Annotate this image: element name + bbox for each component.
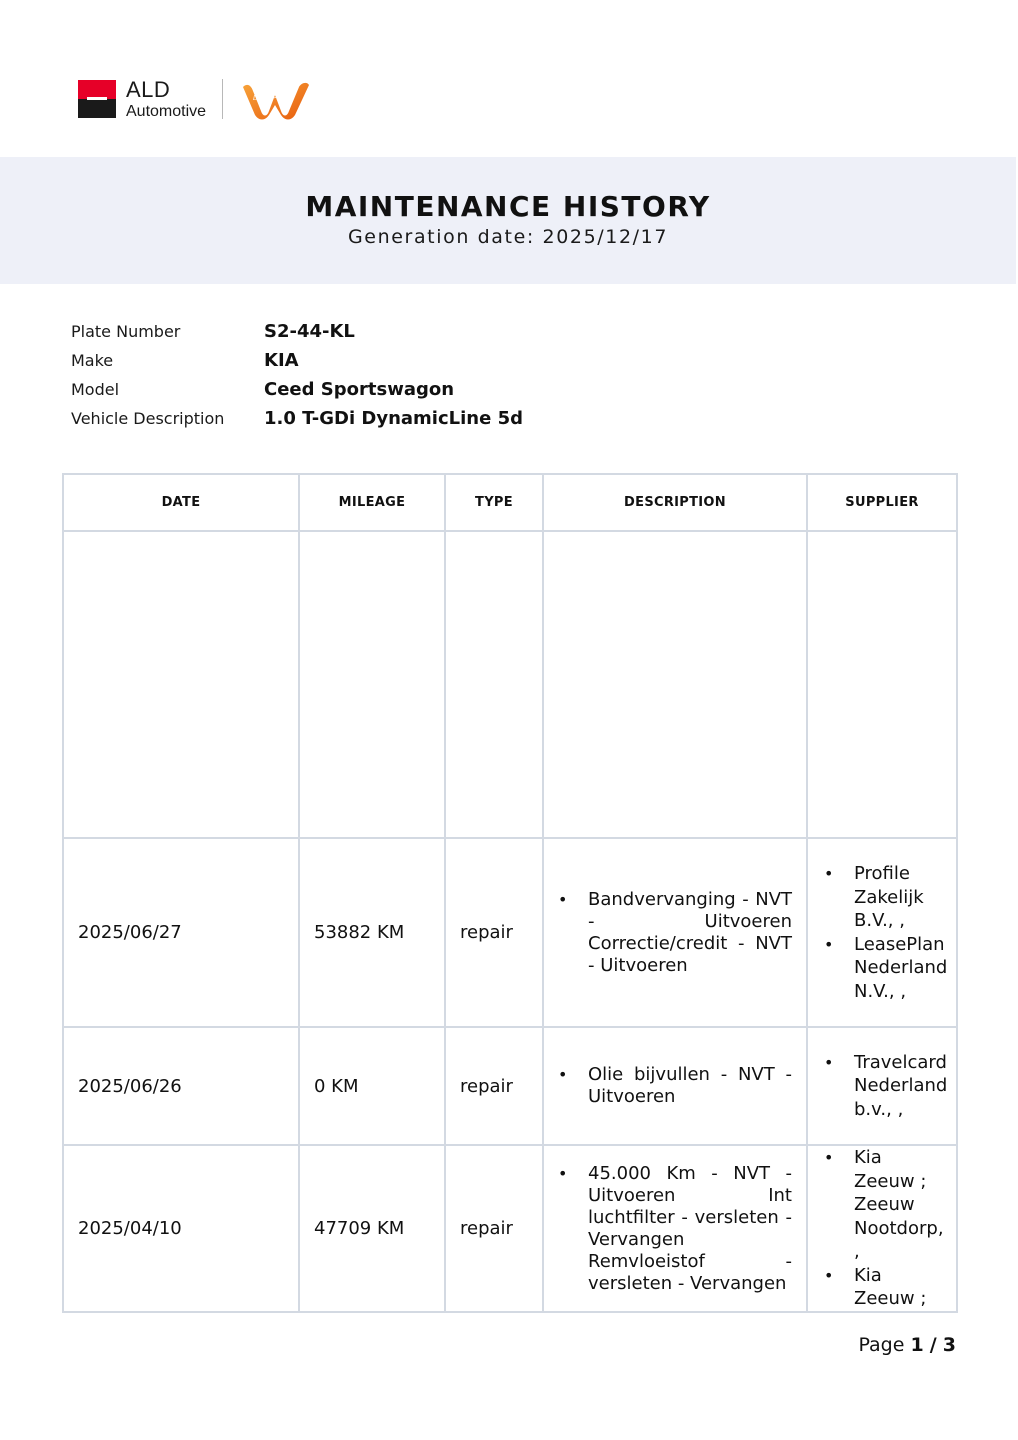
field-label: Plate Number xyxy=(71,322,264,341)
supplier-item: Profile Zakelijk B.V., , xyxy=(822,862,942,933)
empty-cell xyxy=(63,531,299,838)
empty-cell xyxy=(445,531,543,838)
cell-supplier: Travelcard Nederland b.v., , xyxy=(807,1027,957,1145)
page-indicator: Page 1 / 3 xyxy=(858,1334,956,1356)
table-row-empty xyxy=(63,531,957,838)
field-label: Model xyxy=(71,380,264,399)
logo-bar: ALD Automotive LeasePlan xyxy=(78,76,313,122)
ald-logo-line2: Automotive xyxy=(126,104,206,120)
column-header-description: DESCRIPTION xyxy=(543,474,807,531)
cell-description: 45.000 Km - NVT - Uitvoeren Int luchtfil… xyxy=(543,1145,807,1312)
description-item: 45.000 Km - NVT - Uitvoeren Int luchtfil… xyxy=(558,1163,792,1295)
field-label: Make xyxy=(71,351,264,370)
description-item: Olie bijvullen - NVT - Uitvoeren xyxy=(558,1064,792,1108)
empty-cell xyxy=(543,531,807,838)
description-list: Olie bijvullen - NVT - Uitvoeren xyxy=(558,1064,792,1108)
leaseplan-logo-icon: LeasePlan xyxy=(239,77,313,121)
supplier-item: Kia Zeeuw ; xyxy=(822,1264,942,1311)
page-title: MAINTENANCE HISTORY xyxy=(0,190,1016,223)
table-header-row: DATE MILEAGE TYPE DESCRIPTION SUPPLIER xyxy=(63,474,957,531)
cell-mileage: 0 KM xyxy=(299,1027,445,1145)
cell-mileage: 53882 KM xyxy=(299,838,445,1027)
leaseplan-logo-text: LeasePlan xyxy=(253,95,286,102)
empty-cell xyxy=(807,531,957,838)
supplier-item: Kia Zeeuw ; Zeeuw Nootdorp, , xyxy=(822,1146,942,1264)
cell-date: 2025/04/10 xyxy=(63,1145,299,1312)
column-header-type: TYPE xyxy=(445,474,543,531)
description-item: Bandvervanging - NVT - Uitvoeren Correct… xyxy=(558,889,792,977)
cell-type: repair xyxy=(445,1145,543,1312)
title-banner: MAINTENANCE HISTORY Generation date: 202… xyxy=(0,157,1016,284)
field-label: Vehicle Description xyxy=(71,409,264,428)
description-list: 45.000 Km - NVT - Uitvoeren Int luchtfil… xyxy=(558,1163,792,1295)
logo-divider xyxy=(222,79,223,119)
field-value: Ceed Sportswagon xyxy=(264,379,454,400)
cell-date: 2025/06/26 xyxy=(63,1027,299,1145)
field-value: KIA xyxy=(264,350,299,371)
cell-type: repair xyxy=(445,1027,543,1145)
vehicle-field-plate: Plate Number S2-44-KL xyxy=(71,317,523,346)
column-header-date: DATE xyxy=(63,474,299,531)
supplier-item: Travelcard Nederland b.v., , xyxy=(822,1051,942,1122)
cell-description: Olie bijvullen - NVT - Uitvoeren xyxy=(543,1027,807,1145)
total-pages: 3 xyxy=(943,1334,956,1356)
supplier-list: Kia Zeeuw ; Zeeuw Nootdorp, , Kia Zeeuw … xyxy=(822,1146,942,1311)
current-page: 1 xyxy=(910,1334,923,1356)
supplier-list: Travelcard Nederland b.v., , xyxy=(822,1051,942,1122)
cell-type: repair xyxy=(445,838,543,1027)
cell-mileage: 47709 KM xyxy=(299,1145,445,1312)
vehicle-field-description: Vehicle Description 1.0 T-GDi DynamicLin… xyxy=(71,404,523,433)
maintenance-table: DATE MILEAGE TYPE DESCRIPTION SUPPLIER 2… xyxy=(62,473,958,1313)
column-header-mileage: MILEAGE xyxy=(299,474,445,531)
vehicle-info: Plate Number S2-44-KL Make KIA Model Cee… xyxy=(71,317,523,433)
column-header-supplier: SUPPLIER xyxy=(807,474,957,531)
ald-logo-line1: ALD xyxy=(126,79,206,101)
cell-date: 2025/06/27 xyxy=(63,838,299,1027)
page-separator: / xyxy=(930,1334,937,1356)
cell-description: Bandvervanging - NVT - Uitvoeren Correct… xyxy=(543,838,807,1027)
page-label: Page xyxy=(858,1334,904,1356)
ald-logo-icon xyxy=(78,80,116,118)
description-list: Bandvervanging - NVT - Uitvoeren Correct… xyxy=(558,889,792,977)
supplier-list: Profile Zakelijk B.V., , LeasePlan Neder… xyxy=(822,862,942,1003)
ald-logo-text: ALD Automotive xyxy=(126,79,206,120)
field-value: 1.0 T-GDi DynamicLine 5d xyxy=(264,408,523,429)
cell-supplier: Kia Zeeuw ; Zeeuw Nootdorp, , Kia Zeeuw … xyxy=(807,1145,957,1312)
vehicle-field-model: Model Ceed Sportswagon xyxy=(71,375,523,404)
cell-supplier: Profile Zakelijk B.V., , LeasePlan Neder… xyxy=(807,838,957,1027)
empty-cell xyxy=(299,531,445,838)
table-row: 2025/06/27 53882 KM repair Bandvervangin… xyxy=(63,838,957,1027)
generation-date: Generation date: 2025/12/17 xyxy=(0,226,1016,248)
field-value: S2-44-KL xyxy=(264,321,355,342)
supplier-item: LeasePlan Nederland N.V., , xyxy=(822,933,942,1004)
table-row: 2025/06/26 0 KM repair Olie bijvullen - … xyxy=(63,1027,957,1145)
vehicle-field-make: Make KIA xyxy=(71,346,523,375)
table-row: 2025/04/10 47709 KM repair 45.000 Km - N… xyxy=(63,1145,957,1312)
